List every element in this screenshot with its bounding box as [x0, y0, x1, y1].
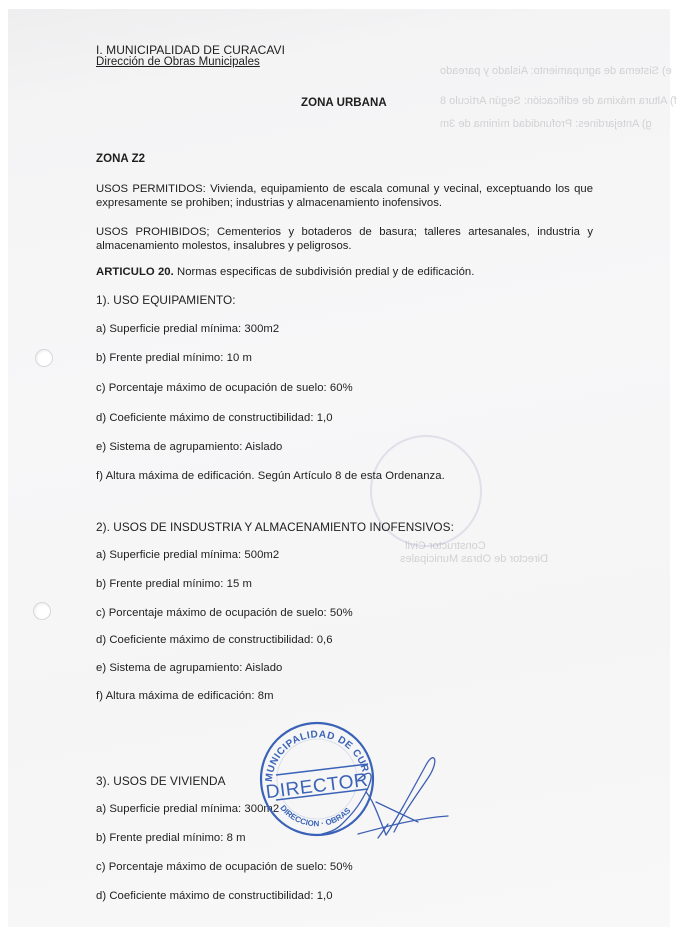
list-item: c) Porcentaje máximo de ocupación de sue…: [96, 382, 353, 394]
list-item: a) Superficie predial mínima: 300m2: [96, 323, 279, 335]
section-heading: 2). USOS DE INSDUSTRIA Y ALMACENAMIENTO …: [96, 520, 454, 534]
section-heading: 1). USO EQUIPAMIENTO:: [96, 293, 236, 307]
list-item: b) Frente predial mínimo: 8 m: [96, 832, 246, 844]
article-label: ARTICULO 20.: [96, 266, 174, 278]
article-20: ARTICULO 20. Normas especificas de subdi…: [96, 266, 474, 278]
list-item: f) Altura máxima de edificación. Según A…: [96, 470, 445, 482]
list-item: f) Altura máxima de edificación: 8m: [96, 690, 274, 702]
usos-prohibidos: USOS PROHIBIDOS; Cementerios y botaderos…: [96, 226, 593, 253]
department-name: Dirección de Obras Municipales: [96, 56, 260, 68]
list-item: c) Porcentaje máximo de ocupación de sue…: [96, 861, 353, 873]
official-stamp: MUNICIPALIDAD DE CURACAVI DIRECCION · OB…: [258, 720, 376, 838]
list-item: b) Frente predial mínimo: 10 m: [96, 352, 252, 364]
list-item: d) Coeficiente máximo de constructibilid…: [96, 634, 333, 646]
list-item: a) Superficie predial mínima: 300m2: [96, 803, 279, 815]
page-title: ZONA URBANA: [301, 97, 387, 109]
list-item: b) Frente predial mínimo: 15 m: [96, 578, 252, 590]
bleed-through-text: g) Antejardines: Profundidad mínima de 3…: [440, 118, 652, 130]
bleed-through-text: e) Sistema de agrupamiento: Aislado y pa…: [440, 65, 672, 77]
list-item: d) Coeficiente máximo de constructibilid…: [96, 412, 333, 424]
article-text: Normas especificas de subdivisión predia…: [174, 266, 475, 278]
section-heading: 3). USOS DE VIVIENDA: [96, 774, 226, 788]
list-item: e) Sistema de agrupamiento: Aislado: [96, 441, 282, 453]
usos-permitidos: USOS PERMITIDOS: Vivienda, equipamiento …: [96, 183, 593, 210]
list-item: d) Coeficiente máximo de constructibilid…: [96, 890, 333, 902]
list-item: c) Porcentaje máximo de ocupación de sue…: [96, 607, 353, 619]
punch-hole-top: [35, 349, 53, 367]
bleed-through-text: f) Altura máxima de edificación: Según A…: [440, 95, 677, 107]
punch-hole-bottom: [33, 602, 51, 620]
bleed-through-text: Director de Obras Municipales: [400, 553, 548, 565]
list-item: e) Sistema de agrupamiento: Aislado: [96, 662, 282, 674]
institution-name: I. MUNICIPALIDAD DE CURACAVI: [96, 43, 285, 57]
svg-text:*: *: [267, 806, 270, 815]
list-item: a) Superficie predial mínima: 500m2: [96, 549, 279, 561]
zone-heading: ZONA Z2: [96, 153, 145, 165]
